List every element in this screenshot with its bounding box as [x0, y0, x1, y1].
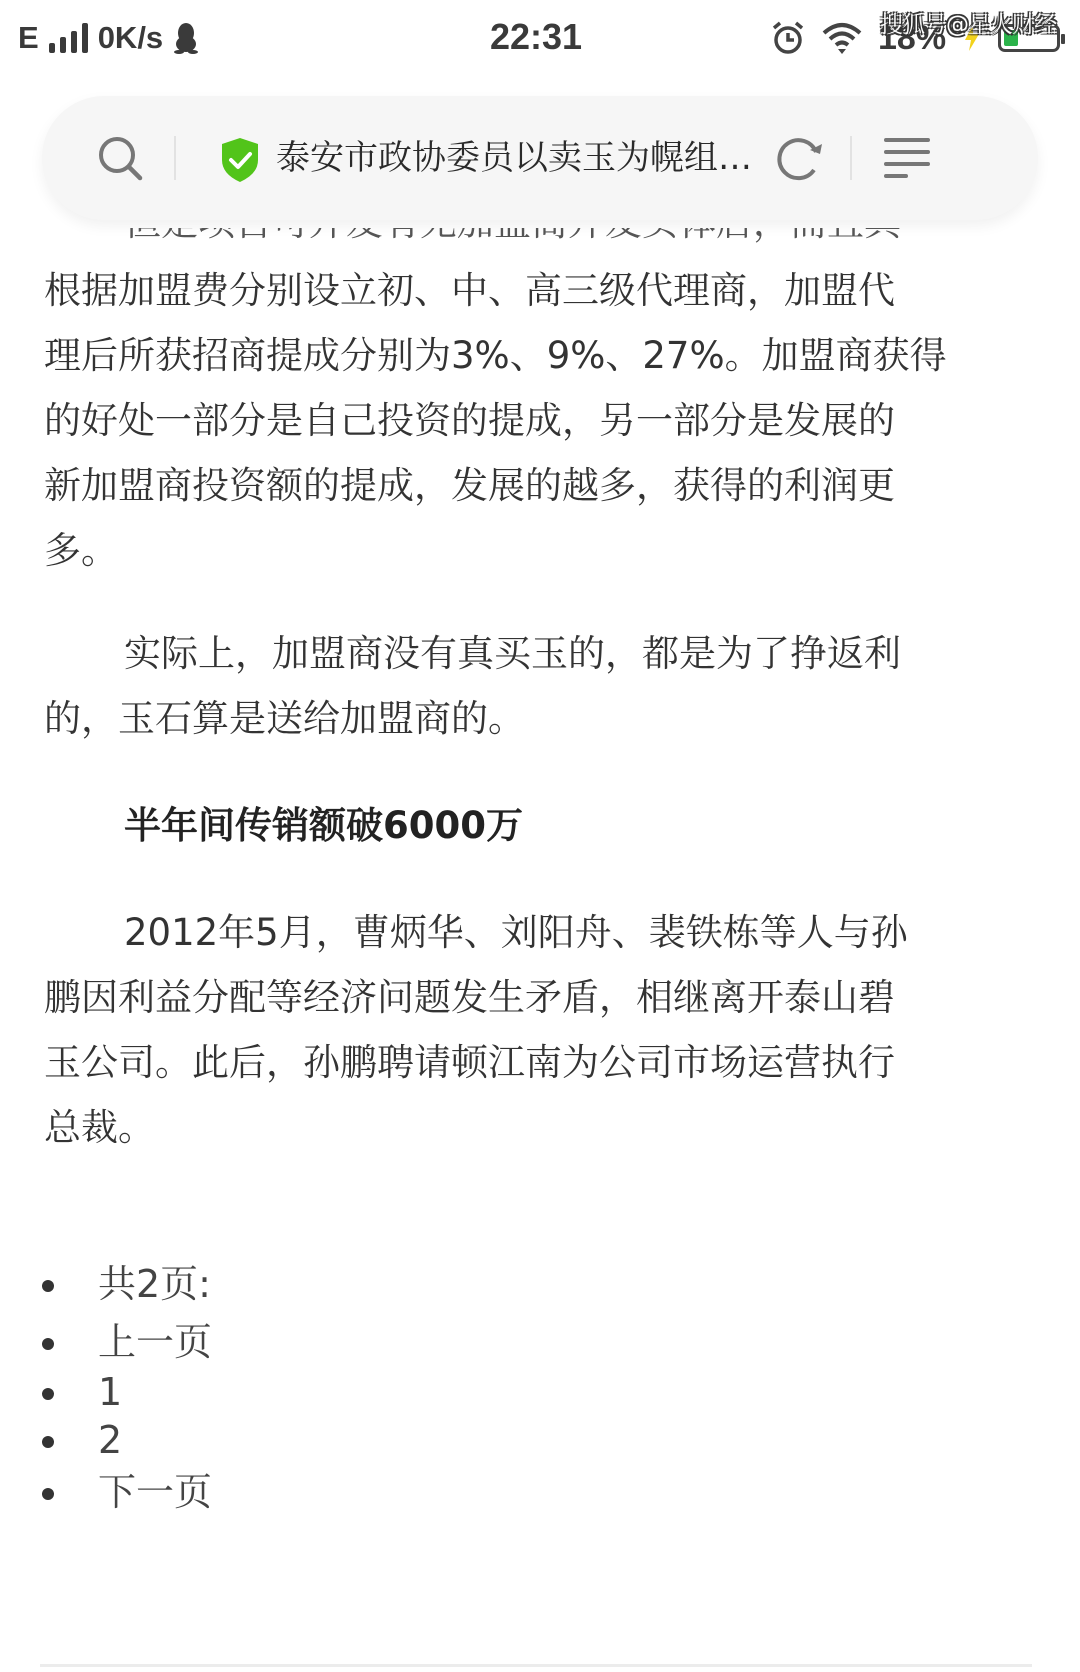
text-line: 玉公司。此后，孙鹏聘请顿江南为公司市场运营执行	[44, 1030, 984, 1095]
article-body: 但是项目可开发有无加盟商开发实体店，而且其 根据加盟费分别设立初、中、高三级代理…	[44, 228, 984, 1160]
page-link-2[interactable]: 2	[42, 1416, 212, 1464]
address-bar[interactable]: 泰安市政协委员以卖玉为幌组…	[42, 96, 1038, 220]
text-line: 的，玉石算是送给加盟商的。	[44, 686, 984, 751]
paragraph-2012: 2012年5月，曹炳华、刘阳舟、裴铁栋等人与孙 鹏因利益分配等经济问题发生矛盾，…	[44, 900, 984, 1160]
paragraph-commission: 根据加盟费分别设立初、中、高三级代理商，加盟代 理后所获招商提成分别为3%、9%…	[44, 258, 984, 583]
paragraph-rebate: 实际上，加盟商没有真买玉的，都是为了挣返利 的，玉石算是送给加盟商的。	[44, 621, 984, 751]
refresh-icon[interactable]	[772, 132, 826, 186]
next-page-link[interactable]: 下一页	[42, 1466, 212, 1518]
watermark: 搜狐号@星火财经	[880, 6, 1056, 39]
page-title[interactable]: 泰安市政协委员以卖玉为幌组…	[276, 132, 752, 184]
cut-off-line: 但是项目可开发有无加盟商开发实体店，而且其	[44, 228, 984, 258]
status-bar: E 0K/s 22:31 18%	[0, 0, 1080, 80]
network-type: E	[18, 20, 39, 56]
divider	[174, 136, 176, 180]
prev-page-link[interactable]: 上一页	[42, 1316, 212, 1368]
text-line: 的好处一部分是自己投资的提成，另一部分是发展的	[44, 388, 984, 453]
text-line: 实际上，加盟商没有真买玉的，都是为了挣返利	[44, 621, 984, 686]
text-line: 多。	[44, 518, 984, 583]
status-left: E 0K/s	[18, 16, 199, 60]
page-link-1[interactable]: 1	[42, 1368, 212, 1416]
pagination: 共2页: 上一页 1 2 下一页	[42, 1258, 212, 1518]
text-line: 根据加盟费分别设立初、中、高三级代理商，加盟代	[44, 258, 984, 323]
clock: 22:31	[490, 16, 582, 58]
search-icon[interactable]	[94, 132, 148, 186]
shield-check-icon	[218, 136, 262, 184]
alarm-icon	[770, 20, 806, 56]
text-line: 2012年5月，曹炳华、刘阳舟、裴铁栋等人与孙	[44, 900, 984, 965]
qq-penguin-icon	[173, 22, 199, 54]
text-line: 理后所获招商提成分别为3%、9%、27%。加盟商获得	[44, 323, 984, 388]
text-line: 总裁。	[44, 1095, 984, 1160]
menu-icon[interactable]	[882, 136, 932, 180]
pagination-total: 共2页:	[42, 1258, 212, 1310]
signal-icon	[49, 23, 88, 53]
text-line: 鹏因利益分配等经济问题发生矛盾，相继离开泰山碧	[44, 965, 984, 1030]
divider	[850, 136, 852, 180]
network-speed: 0K/s	[98, 20, 163, 56]
section-heading: 半年间传销额破6000万	[44, 793, 984, 858]
text-line: 新加盟商投资额的提成，发展的越多，获得的利润更	[44, 453, 984, 518]
wifi-icon	[822, 21, 862, 55]
divider	[40, 1664, 1032, 1667]
